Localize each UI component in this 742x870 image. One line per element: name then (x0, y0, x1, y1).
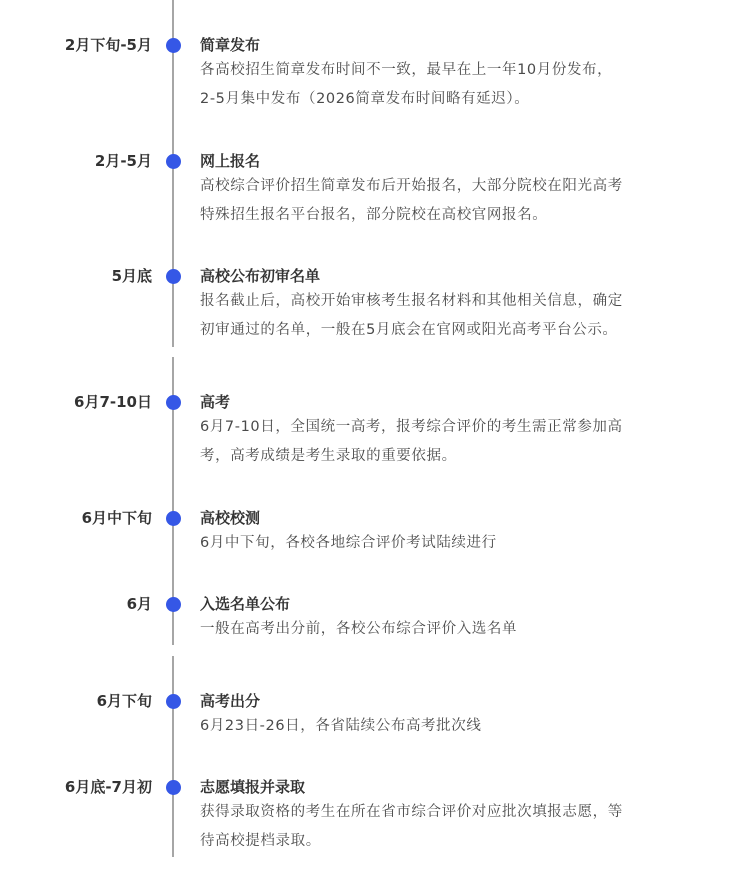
description-line: 6月7-10日，全国统一高考，报考综合评价的考生需正常参加高 (200, 413, 700, 442)
event-description: 一般在高考出分前，各校公布综合评价入选名单 (200, 615, 700, 644)
timeline-line-segment-3 (172, 656, 174, 857)
description-line: 获得录取资格的考生在所在省市综合评价对应批次填报志愿，等 (200, 798, 700, 827)
timeline-dot-icon (166, 694, 181, 709)
description-line: 初审通过的名单，一般在5月底会在官网或阳光高考平台公示。 (200, 316, 700, 345)
event-date: 2月-5月 (95, 151, 152, 171)
description-line: 报名截止后，高校开始审核考生报名材料和其他相关信息，确定 (200, 287, 700, 316)
description-line: 6月中下旬，各校各地综合评价考试陆续进行 (200, 529, 700, 558)
description-line: 6月23日-26日，各省陆续公布高考批次线 (200, 712, 700, 741)
event-title: 网上报名 (200, 151, 260, 171)
timeline-dot-icon (166, 269, 181, 284)
description-line: 特殊招生报名平台报名，部分院校在高校官网报名。 (200, 201, 700, 230)
event-title: 高考出分 (200, 691, 260, 711)
event-title: 志愿填报并录取 (200, 777, 305, 797)
event-description: 高校综合评价招生简章发布后开始报名，大部分院校在阳光高考 特殊招生报名平台报名，… (200, 172, 700, 230)
event-date: 6月下旬 (97, 691, 152, 711)
event-date: 6月7-10日 (74, 392, 152, 412)
event-description: 获得录取资格的考生在所在省市综合评价对应批次填报志愿，等 待高校提档录取。 (200, 798, 700, 856)
description-line: 2-5月集中发布（2026简章发布时间略有延迟）。 (200, 85, 700, 114)
event-description: 6月7-10日，全国统一高考，报考综合评价的考生需正常参加高 考，高考成绩是考生… (200, 413, 700, 471)
description-line: 高校综合评价招生简章发布后开始报名，大部分院校在阳光高考 (200, 172, 700, 201)
timeline-dot-icon (166, 395, 181, 410)
event-title: 高校校测 (200, 508, 260, 528)
event-title: 高校公布初审名单 (200, 266, 320, 286)
timeline-dot-icon (166, 780, 181, 795)
event-date: 6月底-7月初 (65, 777, 152, 797)
event-title: 入选名单公布 (200, 594, 290, 614)
event-title: 高考 (200, 392, 230, 412)
timeline-dot-icon (166, 597, 181, 612)
event-date: 6月 (127, 594, 152, 614)
event-description: 报名截止后，高校开始审核考生报名材料和其他相关信息，确定 初审通过的名单，一般在… (200, 287, 700, 345)
description-line: 一般在高考出分前，各校公布综合评价入选名单 (200, 615, 700, 644)
timeline-dot-icon (166, 154, 181, 169)
event-description: 6月23日-26日，各省陆续公布高考批次线 (200, 712, 700, 741)
timeline-dot-icon (166, 38, 181, 53)
event-description: 6月中下旬，各校各地综合评价考试陆续进行 (200, 529, 700, 558)
event-title: 简章发布 (200, 35, 260, 55)
event-date: 6月中下旬 (82, 508, 152, 528)
event-description: 各高校招生简章发布时间不一致，最早在上一年10月份发布， 2-5月集中发布（20… (200, 56, 700, 114)
event-date: 5月底 (112, 266, 152, 286)
description-line: 考，高考成绩是考生录取的重要依据。 (200, 442, 700, 471)
description-line: 待高校提档录取。 (200, 827, 700, 856)
event-date: 2月下旬-5月 (65, 35, 152, 55)
timeline-dot-icon (166, 511, 181, 526)
description-line: 各高校招生简章发布时间不一致，最早在上一年10月份发布， (200, 56, 700, 85)
